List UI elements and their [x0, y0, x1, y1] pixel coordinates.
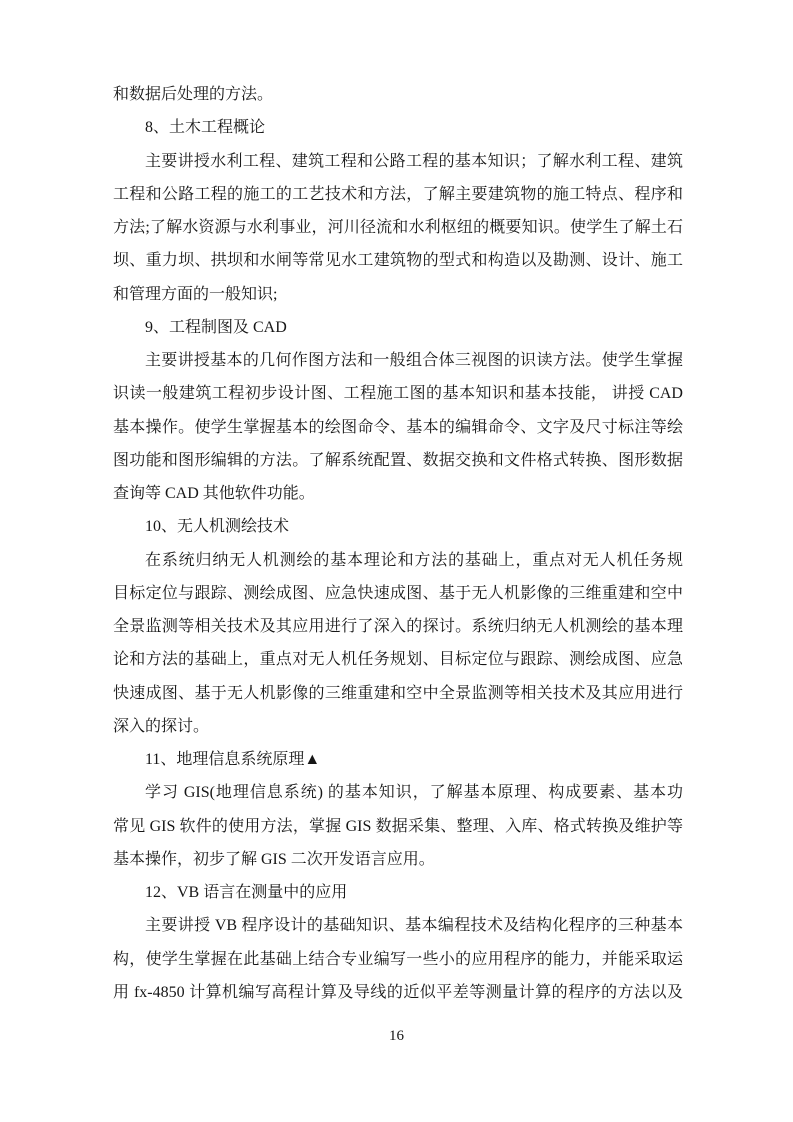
text-line: 基本操作，初步了解 GIS 二次开发语言应用。: [113, 843, 683, 876]
text-line: 和数据后处理的方法。: [113, 78, 683, 111]
text-line: 图功能和图形编辑的方法。了解系统配置、数据交换和文件格式转换、图形数据: [113, 444, 683, 477]
page-number: 16: [389, 1028, 404, 1044]
text-line: 8、土木工程概论: [113, 111, 683, 144]
text-line: 论和方法的基础上，重点对无人机任务规划、目标定位与跟踪、测绘成图、应急: [113, 643, 683, 676]
text-line: 用 fx-4850 计算机编写高程计算及导线的近似平差等测量计算的程序的方法以及: [113, 976, 683, 1009]
text-line: 主要讲授基本的几何作图方法和一般组合体三视图的识读方法。使学生掌握: [113, 344, 683, 377]
text-line: 深入的探讨。: [113, 710, 683, 743]
text-line: 方法;了解水资源与水利事业，河川径流和水利枢纽的概要知识。使学生了解土石: [113, 211, 683, 244]
text-line: 主要讲授水利工程、建筑工程和公路工程的基本知识；了解水利工程、建筑: [113, 145, 683, 178]
text-line: 基本操作。使学生掌握基本的绘图命令、基本的编辑命令、文字及尺寸标注等绘: [113, 411, 683, 444]
text-line: 识读一般建筑工程初步设计图、工程施工图的基本知识和基本技能， 讲授 CAD 的: [113, 377, 683, 410]
text-line: 常见 GIS 软件的使用方法，掌握 GIS 数据采集、整理、入库、格式转换及维护…: [113, 810, 683, 843]
document-text-block: 和数据后处理的方法。8、土木工程概论主要讲授水利工程、建筑工程和公路工程的基本知…: [113, 78, 683, 1009]
text-line: 10、无人机测绘技术: [113, 510, 683, 543]
text-line: 在系统归纳无人机测绘的基本理论和方法的基础上，重点对无人机任务规划、: [113, 544, 683, 577]
text-line: 坝、重力坝、拱坝和水闸等常见水工建筑物的型式和构造以及勘测、设计、施工: [113, 244, 683, 277]
text-line: 查询等 CAD 其他软件功能。: [113, 477, 683, 510]
text-line: 12、VB 语言在测量中的应用: [113, 876, 683, 909]
text-line: 全景监测等相关技术及其应用进行了深入的探讨。系统归纳无人机测绘的基本理: [113, 610, 683, 643]
text-line: 目标定位与跟踪、测绘成图、应急快速成图、基于无人机影像的三维重建和空中: [113, 577, 683, 610]
text-line: 学习 GIS(地理信息系统) 的基本知识，了解基本原理、构成要素、基本功能，: [113, 776, 683, 809]
document-page: 和数据后处理的方法。8、土木工程概论主要讲授水利工程、建筑工程和公路工程的基本知…: [0, 0, 793, 1122]
text-line: 主要讲授 VB 程序设计的基础知识、基本编程技术及结构化程序的三种基本结: [113, 909, 683, 942]
page-footer: 16: [0, 1026, 793, 1046]
text-line: 和管理方面的一般知识;: [113, 278, 683, 311]
text-line: 工程和公路工程的施工的工艺技术和方法，了解主要建筑物的施工特点、程序和: [113, 178, 683, 211]
text-line: 9、工程制图及 CAD: [113, 311, 683, 344]
text-line: 11、地理信息系统原理▲: [113, 743, 683, 776]
text-line: 快速成图、基于无人机影像的三维重建和空中全景监测等相关技术及其应用进行: [113, 677, 683, 710]
text-line: 构，使学生掌握在此基础上结合专业编写一些小的应用程序的能力，并能采取运: [113, 943, 683, 976]
